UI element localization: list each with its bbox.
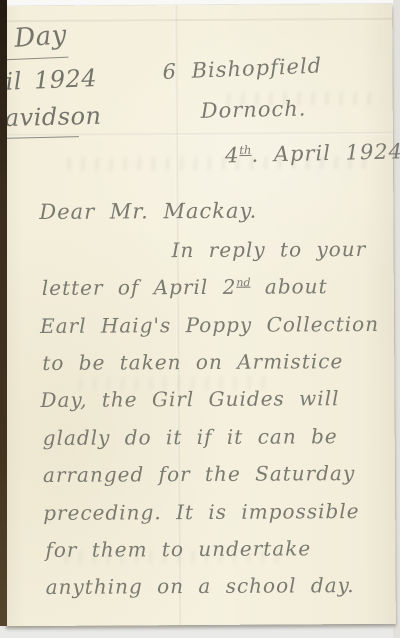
scan-left-edge bbox=[0, 0, 7, 626]
annotation-name: avidson bbox=[5, 104, 102, 130]
body-line: to be taken on Armistice bbox=[42, 351, 343, 373]
body-line: anything on a school day. bbox=[46, 575, 355, 597]
body-line: In reply to your bbox=[172, 239, 367, 260]
letter-date: 4th. April 1924. bbox=[225, 141, 400, 166]
annotation-underline bbox=[2, 57, 68, 61]
annotation-day: Day bbox=[13, 22, 67, 52]
body-line: gladly do it if it can be bbox=[43, 426, 338, 448]
salutation: Dear Mr. Mackay. bbox=[39, 201, 257, 223]
body-line: arranged for the Saturday bbox=[43, 463, 355, 485]
body-line: Earl Haig's Poppy Collection bbox=[40, 314, 379, 336]
scanned-letter: Day il 1924 avidson 6 Bishopfield Dornoc… bbox=[0, 0, 400, 638]
body-line: for them to undertake bbox=[45, 538, 311, 560]
body-line: preceding. It is impossible bbox=[43, 501, 359, 523]
address-line: Dornoch. bbox=[201, 98, 307, 121]
letter-paper: Day il 1924 avidson 6 Bishopfield Dornoc… bbox=[2, 4, 396, 626]
address-line: 6 Bishopfield bbox=[162, 55, 322, 83]
body-line: Day, the Girl Guides will bbox=[40, 388, 339, 410]
annotation-date: il 1924 bbox=[5, 66, 97, 94]
body-line: letter of April 2nd about bbox=[42, 276, 328, 298]
